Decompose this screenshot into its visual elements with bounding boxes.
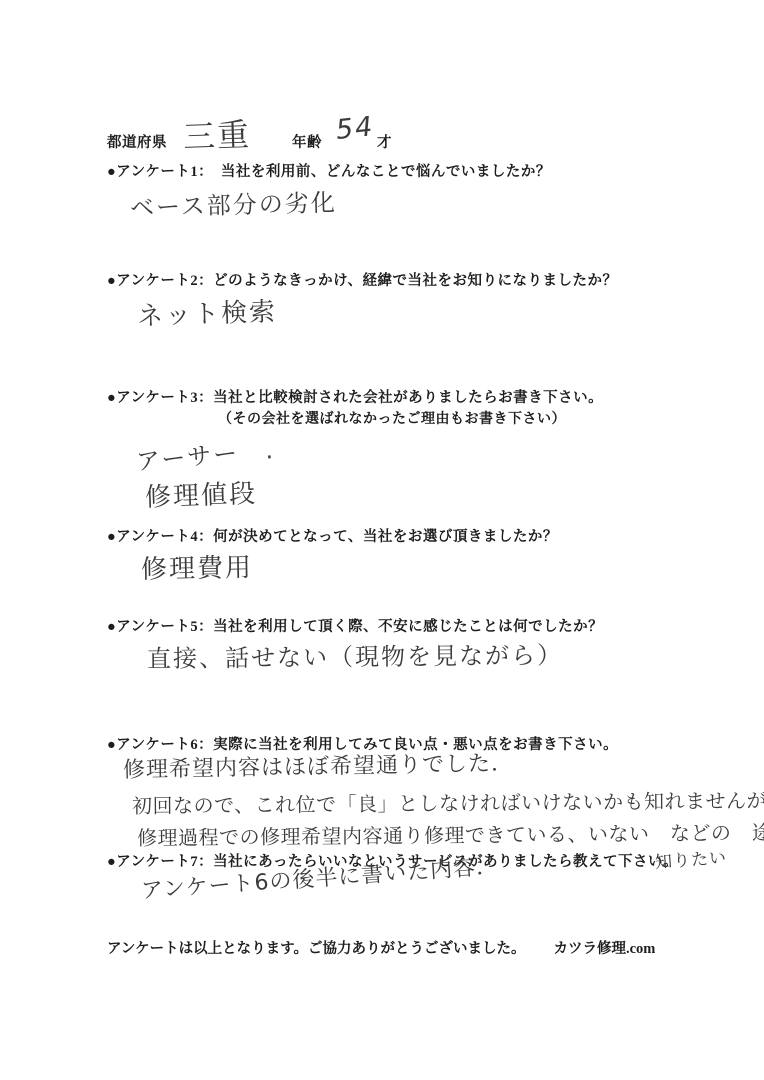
question-6-answer-line-1-handwritten: 修理希望内容はほぼ希望通りでした． — [123, 746, 514, 784]
question-5-answer-handwritten: 直接、話せない（現物を見ながら） — [147, 635, 563, 674]
question-6-answer-line-3-handwritten: 修理過程での修理希望内容通り修理できている、いない などの 途中経過を — [137, 816, 764, 851]
prefecture-value-handwritten: 三重 — [182, 110, 252, 158]
question-6-answer-line-2-handwritten: 初回なので、これ位で「良」としなければいけないかも知れませんが． — [132, 784, 764, 819]
question-3-sublabel: （その会社を選ばれなかったご理由もお書き下さい） — [218, 408, 566, 428]
question-7-side-note-handwritten: 知りたい — [654, 843, 728, 873]
brand-name: カツラ修理.com — [553, 937, 655, 958]
question-3-answer-2-handwritten: 修理値段 — [144, 473, 257, 514]
question-2-label: ●アンケート2：どのようなきっかけ、経緯で当社をお知りになりましたか？ — [107, 269, 618, 290]
age-unit-label: 才 — [377, 131, 392, 152]
question-4-answer-handwritten: 修理費用 — [141, 547, 254, 586]
age-label: 年齢 — [292, 131, 322, 152]
prefecture-label: 都道府県 — [107, 131, 167, 152]
question-2-answer-handwritten: ネット検索 — [136, 291, 277, 333]
question-1-label: ●アンケート1： 当社を利用前、どんなことで悩んでいましたか？ — [107, 160, 551, 181]
question-1-answer-handwritten: ベース部分の劣化 — [130, 183, 338, 223]
question-3-label: ●アンケート3：当社と比較検討された会社がありましたらお書き下さい。 — [107, 386, 603, 407]
question-3-answer-1-handwritten: アーサー . — [134, 430, 275, 477]
question-4-label: ●アンケート4：何が決めてとなって、当社をお選び頂きましたか？ — [107, 525, 558, 546]
age-value-handwritten: 54 — [334, 111, 375, 146]
scanned-questionnaire-page: 都道府県 三重 年齢 54 才 ●アンケート1： 当社を利用前、どんなことで悩ん… — [0, 0, 764, 1080]
closing-text: アンケートは以上となります。ご協力ありがとうございました。 — [107, 937, 525, 958]
footer: アンケートは以上となります。ご協力ありがとうございました。 カツラ修理.com — [107, 937, 655, 958]
question-5-label: ●アンケート5：当社を利用して頂く際、不安に感じたことは何でしたか？ — [107, 615, 603, 636]
